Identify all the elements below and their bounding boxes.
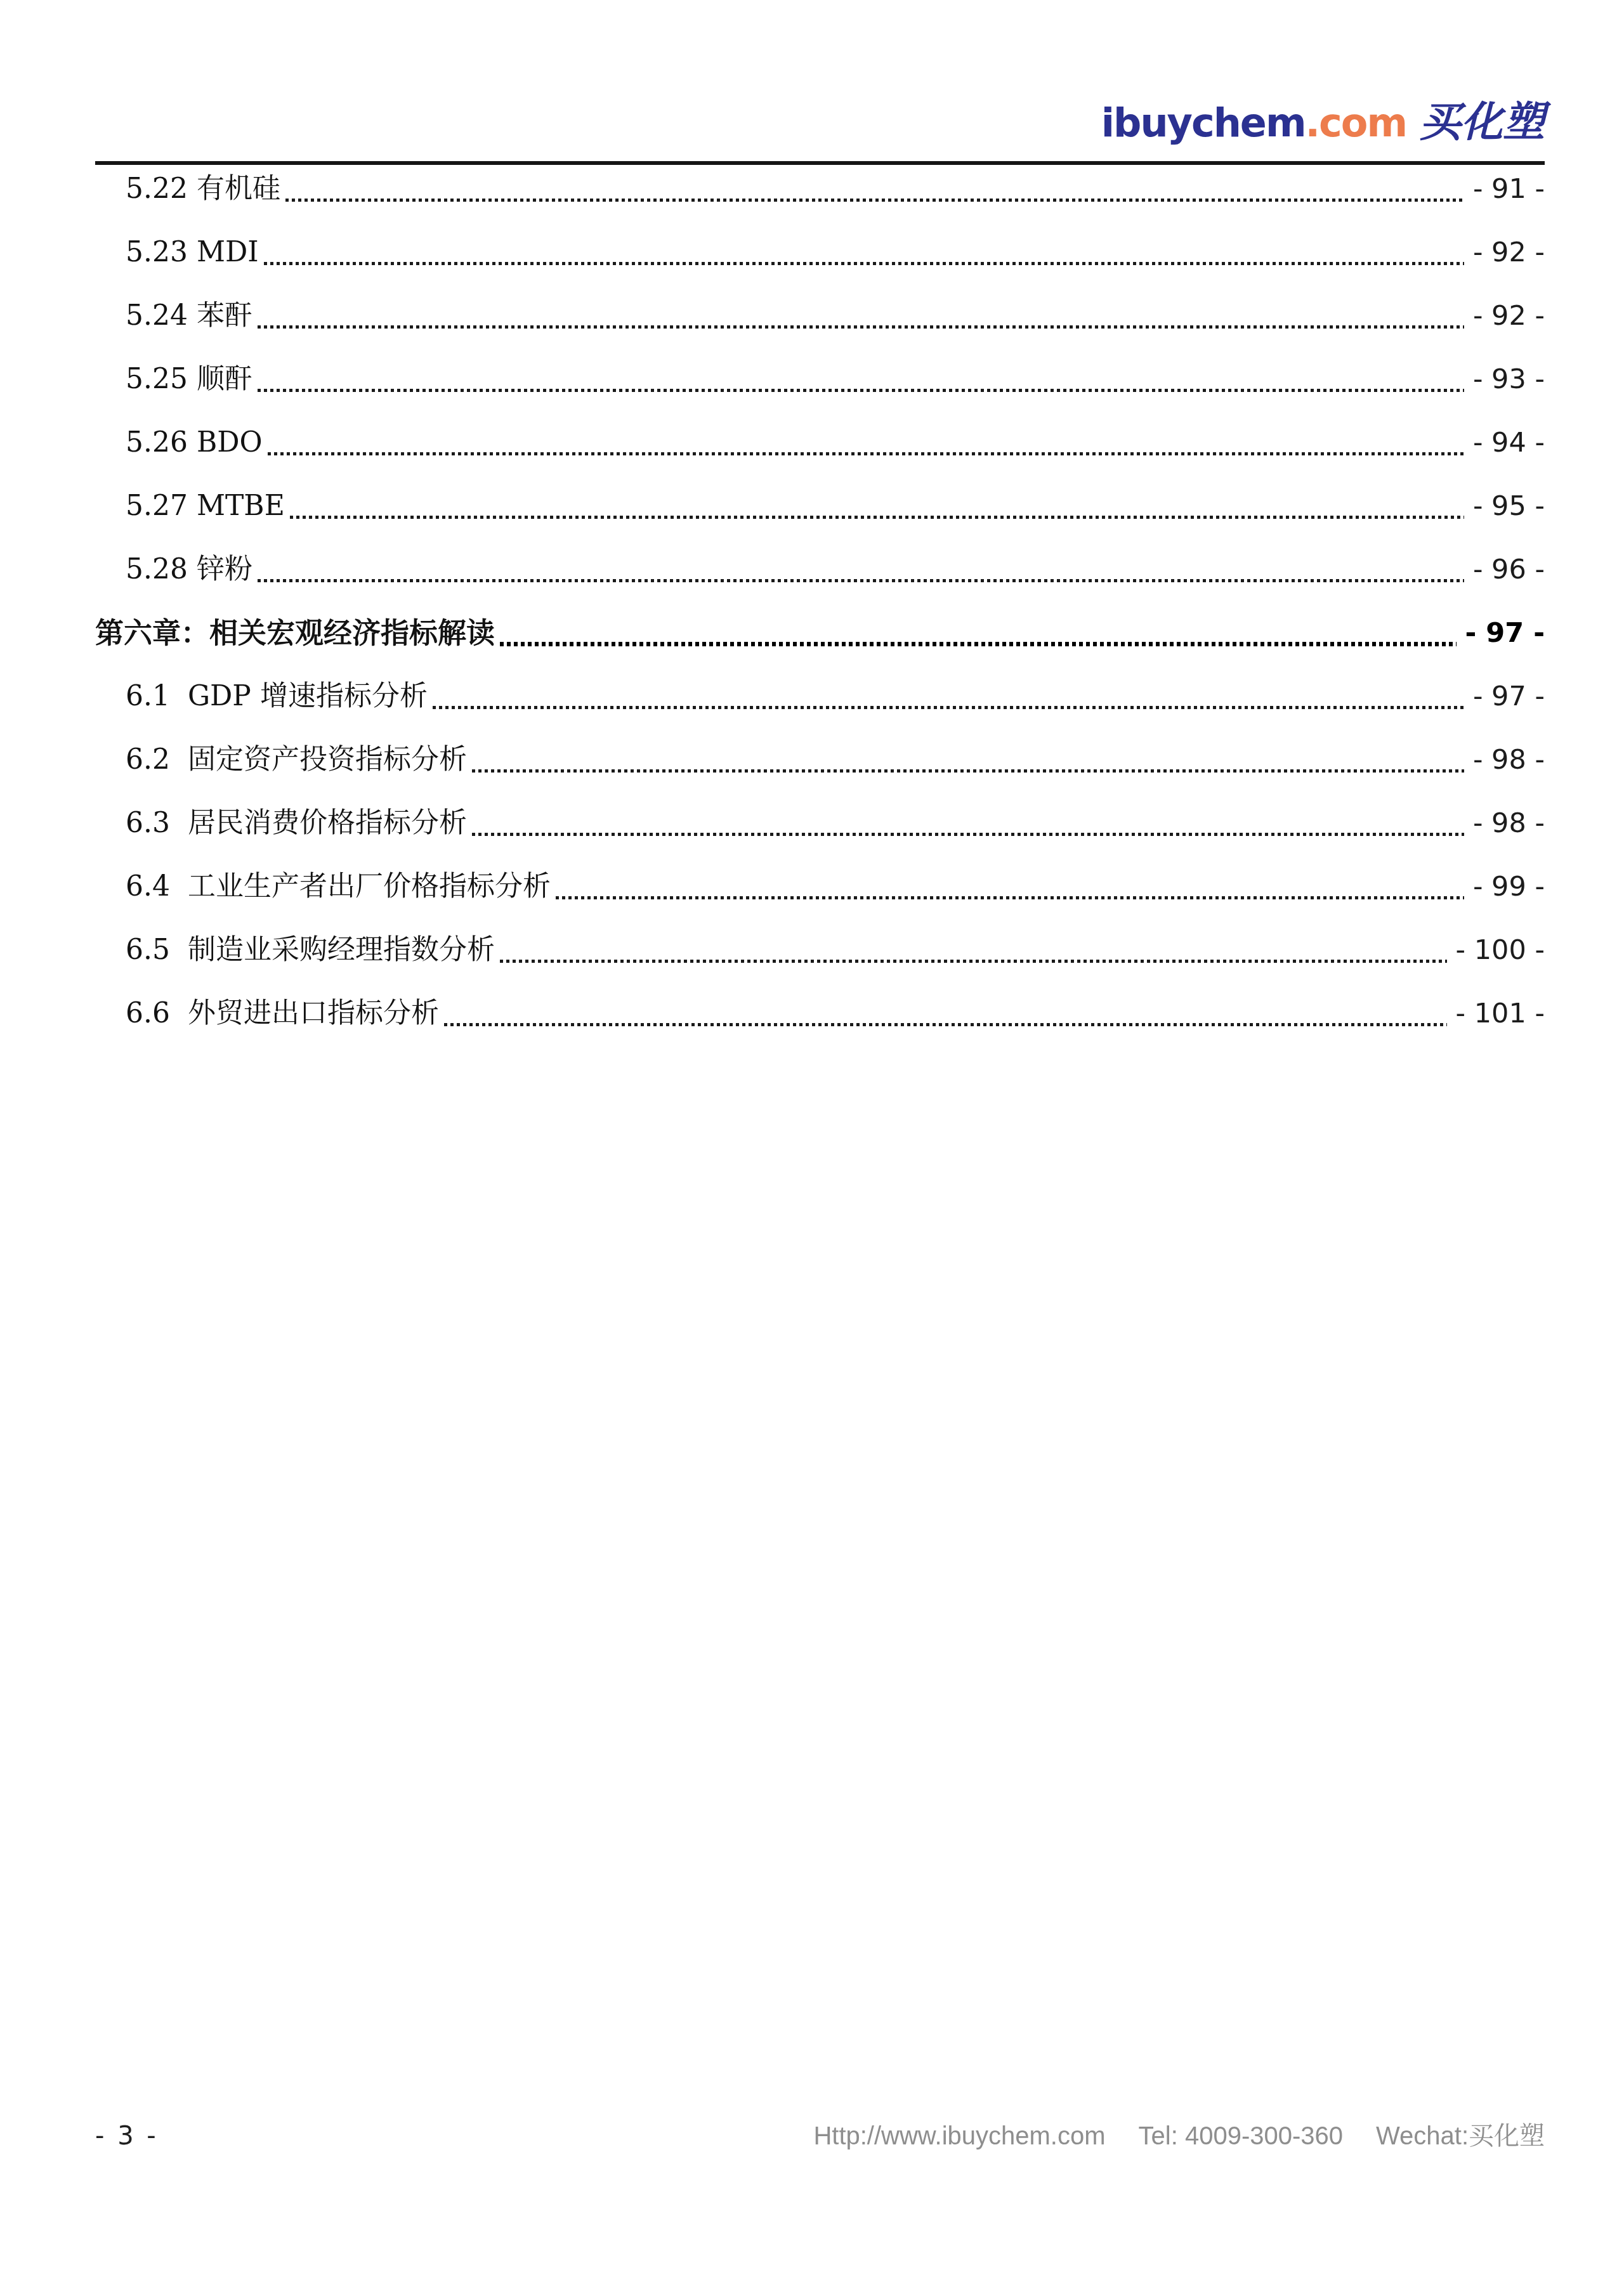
toc-entry-page: - 100 - — [1456, 937, 1545, 964]
toc-entry-label: 5.22 有机硅 — [126, 175, 280, 203]
toc-entry[interactable]: 6.2 固定资产投资指标分析 - 98 - — [95, 728, 1545, 792]
toc-entry[interactable]: 6.1 GDP 增速指标分析 - 97 - — [95, 665, 1545, 728]
toc-dot-leader — [290, 516, 1464, 519]
footer-wechat: Wechat:买化塑 — [1376, 2116, 1545, 2152]
toc-entry-label: 6.4 工业生产者出厂价格指标分析 — [126, 873, 551, 901]
toc-entry[interactable]: 5.26 BDO - 94 - — [95, 411, 1545, 474]
toc-entry[interactable]: 5.25 顺酐 - 93 - — [95, 348, 1545, 411]
toc-entry[interactable]: 5.24 苯酐 - 92 - — [95, 284, 1545, 348]
toc-dot-leader — [472, 833, 1464, 836]
toc-dot-leader — [500, 960, 1447, 963]
toc-entry-page: - 101 - — [1456, 1000, 1545, 1027]
toc-entry[interactable]: 6.5 制造业采购经理指数分析 - 100 - — [95, 918, 1545, 982]
toc-entry[interactable]: 5.27 MTBE - 95 - — [95, 474, 1545, 538]
toc-entry[interactable]: 5.22 有机硅 - 91 - — [95, 157, 1545, 221]
toc-entry-label: 5.26 BDO — [126, 429, 263, 457]
toc-entry-page: - 92 - — [1473, 303, 1545, 330]
toc-entry-page: - 98 - — [1473, 810, 1545, 837]
toc-dot-leader — [500, 642, 1457, 646]
toc-entry-label: 6.5 制造业采购经理指数分析 — [126, 936, 495, 964]
toc-entry-page: - 96 - — [1473, 556, 1545, 584]
toc-entry-label: 5.24 苯酐 — [126, 302, 252, 330]
logo-tld-text: .com — [1305, 100, 1406, 146]
logo-chinese-text: 买化塑 — [1419, 88, 1545, 152]
toc-entry-label: 6.3 居民消费价格指标分析 — [126, 809, 467, 837]
footer-contact: Http://www.ibuychem.com Tel: 4009-300-36… — [813, 2116, 1545, 2152]
toc-entry-page: - 92 - — [1473, 239, 1545, 266]
toc-dot-leader — [258, 579, 1464, 582]
footer-tel: Tel: 4009-300-360 — [1139, 2122, 1343, 2151]
toc-entry-page: - 91 - — [1473, 176, 1545, 203]
toc-dot-leader — [268, 452, 1464, 455]
toc-entry-label: 5.28 锌粉 — [126, 556, 252, 584]
toc-entry[interactable]: 5.23 MDI - 92 - — [95, 221, 1545, 284]
toc-entry-label: 5.27 MTBE — [126, 492, 285, 520]
toc-entry[interactable]: 6.4 工业生产者出厂价格指标分析 - 99 - — [95, 855, 1545, 918]
toc-dot-leader — [444, 1023, 1447, 1026]
toc-dot-leader — [258, 325, 1464, 329]
document-page: ibuychem.com 买化塑 5.22 有机硅 - 91 - 5.23 MD… — [0, 0, 1624, 2296]
footer-website: Http://www.ibuychem.com — [813, 2122, 1105, 2151]
page-header: ibuychem.com 买化塑 — [95, 0, 1545, 165]
toc-entry[interactable]: 6.6 外贸进出口指标分析 - 101 - — [95, 982, 1545, 1045]
toc-entry-page: - 95 - — [1473, 493, 1545, 520]
logo-wordmark: ibuychem.com — [1101, 100, 1406, 146]
toc-dot-leader — [433, 706, 1464, 709]
toc-list: 5.22 有机硅 - 91 - 5.23 MDI - 92 - 5.24 苯酐 … — [95, 157, 1545, 1045]
toc-entry[interactable]: 5.28 锌粉 - 96 - — [95, 538, 1545, 601]
page-footer: - 3 - Http://www.ibuychem.com Tel: 4009-… — [95, 2116, 1545, 2152]
toc-entry[interactable]: 第六章：相关宏观经济指标解读 - 97 - — [95, 601, 1545, 665]
toc-dot-leader — [258, 389, 1464, 392]
toc-dot-leader — [556, 896, 1464, 899]
toc-entry-label: 6.6 外贸进出口指标分析 — [126, 1000, 439, 1027]
logo-domain-text: ibuychem — [1101, 100, 1306, 146]
toc-entry-label: 第六章：相关宏观经济指标解读 — [95, 619, 495, 648]
toc-dot-leader — [472, 769, 1464, 773]
toc-entry-page: - 98 - — [1473, 747, 1545, 774]
toc-entry-label: 5.25 顺酐 — [126, 365, 252, 393]
toc-entry-page: - 93 - — [1473, 366, 1545, 393]
toc-entry-label: 5.23 MDI — [126, 238, 259, 266]
toc-entry-page: - 94 - — [1473, 429, 1545, 457]
toc-dot-leader — [264, 262, 1464, 265]
toc-entry[interactable]: 6.3 居民消费价格指标分析 - 98 - — [95, 792, 1545, 855]
brand-logo: ibuychem.com 买化塑 — [1101, 88, 1545, 152]
toc-entry-label: 6.1 GDP 增速指标分析 — [126, 682, 428, 710]
toc-entry-label: 6.2 固定资产投资指标分析 — [126, 746, 467, 774]
toc-entry-page: - 99 - — [1473, 873, 1545, 901]
toc-dot-leader — [285, 199, 1464, 202]
toc-entry-page: - 97 - — [1465, 620, 1545, 647]
footer-page-number: - 3 - — [95, 2122, 159, 2151]
toc-entry-page: - 97 - — [1473, 683, 1545, 710]
